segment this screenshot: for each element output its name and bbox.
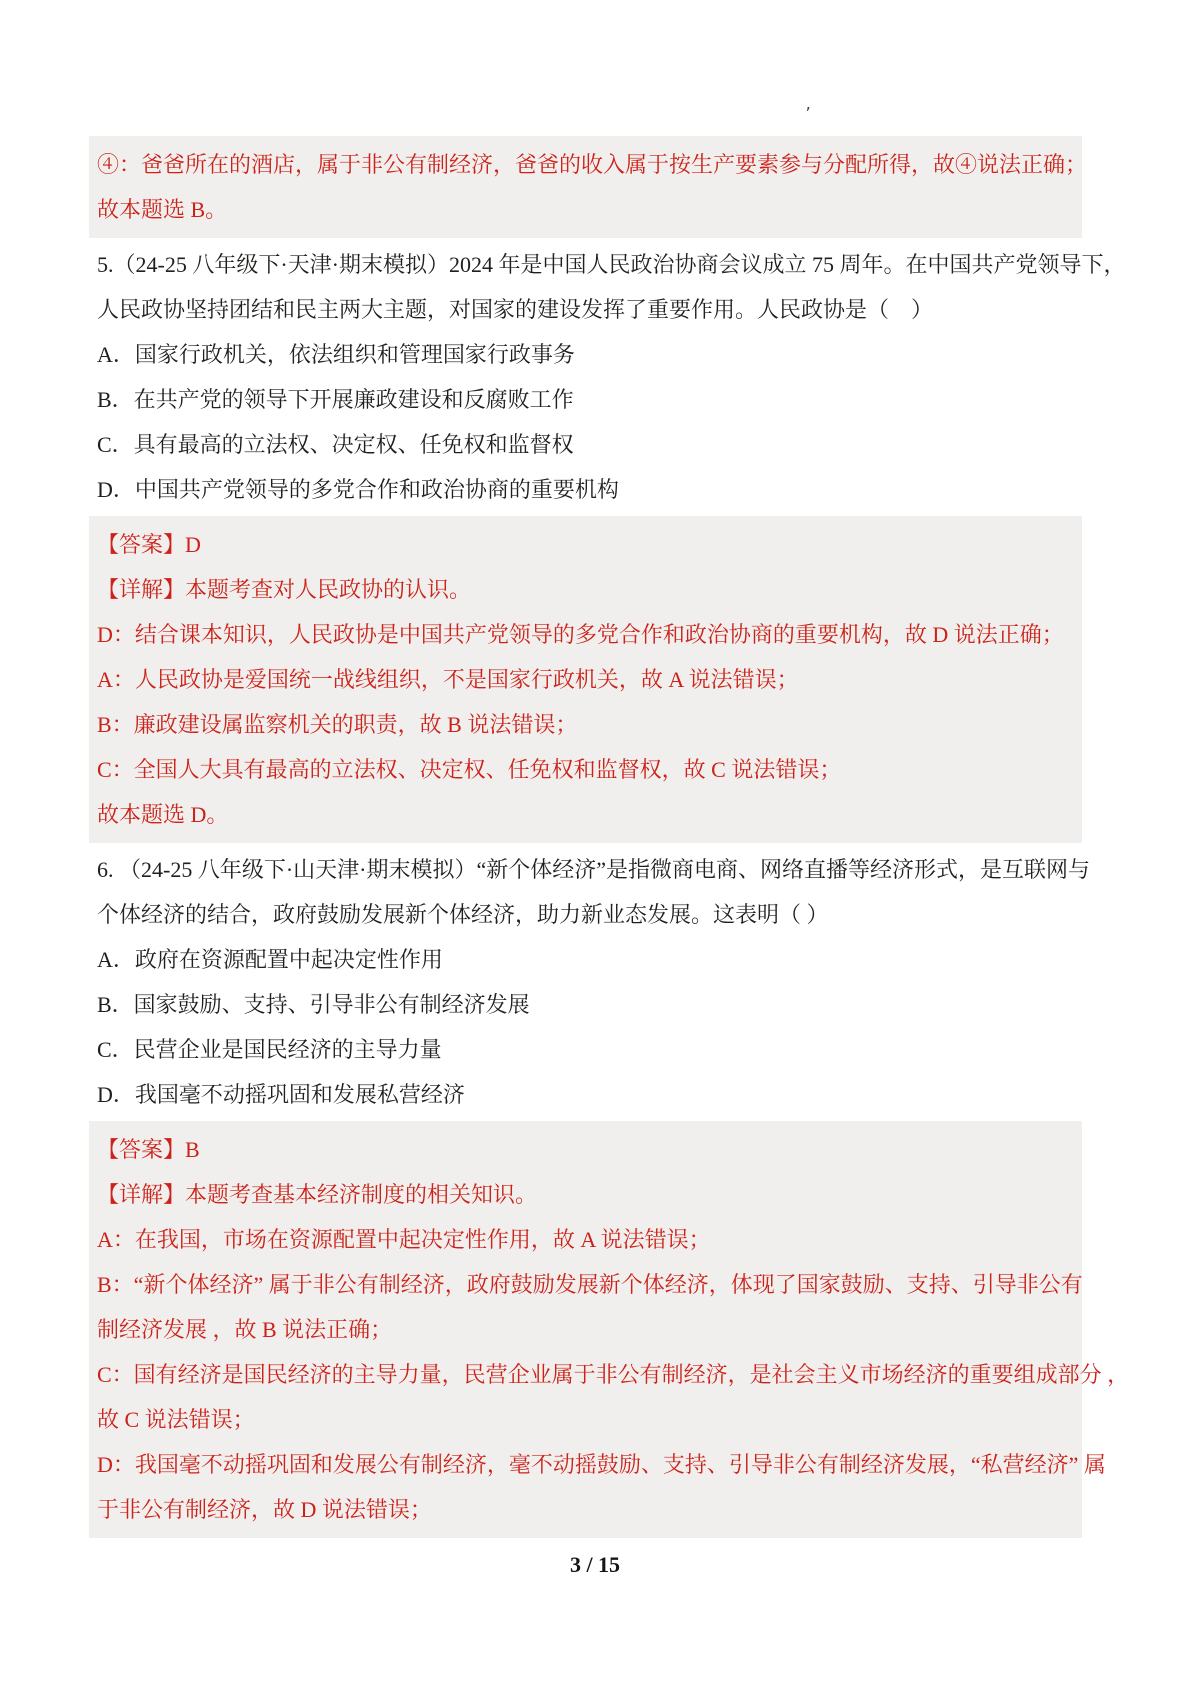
- answer-explanation-block: 【答案】B【详解】本题考查基本经济制度的相关知识。A：在我国，市场在资源配置中起…: [89, 1121, 1082, 1538]
- document-line: B：廉政建设属监察机关的职责，故 B 说法错误；: [89, 702, 1082, 747]
- document-line: 人民政协坚持团结和民主两大主题，对国家的建设发挥了重要作用。人民政协是（ ）: [89, 287, 1082, 332]
- document-page: ’ ④：爸爸所在的酒店，属于非公有制经济，爸爸的收入属于按生产要素参与分配所得，…: [0, 0, 1190, 1683]
- document-line: 【详解】本题考查对人民政协的认识。: [89, 567, 1082, 612]
- document-line: 个体经济的结合，政府鼓励发展新个体经济，助力新业态发展。这表明（ ）: [89, 892, 1082, 937]
- document-line: 于非公有制经济，故 D 说法错误；: [89, 1487, 1082, 1532]
- document-line: ④：爸爸所在的酒店，属于非公有制经济，爸爸的收入属于按生产要素参与分配所得，故④…: [89, 142, 1082, 187]
- document-line: 故 C 说法错误；: [89, 1397, 1082, 1442]
- document-line: B．国家鼓励、支持、引导非公有制经济发展: [89, 982, 1082, 1027]
- document-line: A：在我国，市场在资源配置中起决定性作用，故 A 说法错误；: [89, 1217, 1082, 1262]
- document-line: D．中国共产党领导的多党合作和政治协商的重要机构: [89, 467, 1082, 512]
- document-line: 【答案】B: [89, 1127, 1082, 1172]
- question-block: 5.（24-25 八年级下·天津·期末模拟）2024 年是中国人民政治协商会议成…: [89, 238, 1082, 516]
- page-number: 3 / 15: [0, 1552, 1190, 1578]
- document-content: ④：爸爸所在的酒店，属于非公有制经济，爸爸的收入属于按生产要素参与分配所得，故④…: [89, 136, 1082, 1538]
- document-line: 故本题选 B。: [89, 187, 1082, 232]
- document-line: C．具有最高的立法权、决定权、任免权和监督权: [89, 422, 1082, 467]
- answer-explanation-block: ④：爸爸所在的酒店，属于非公有制经济，爸爸的收入属于按生产要素参与分配所得，故④…: [89, 136, 1082, 238]
- document-line: C：全国人大具有最高的立法权、决定权、任免权和监督权，故 C 说法错误；: [89, 747, 1082, 792]
- document-line: 6. （24-25 八年级下·山天津·期末模拟）“新个体经济”是指微商电商、网络…: [89, 847, 1082, 892]
- document-line: A．政府在资源配置中起决定性作用: [89, 937, 1082, 982]
- document-line: 【答案】D: [89, 522, 1082, 567]
- document-line: 【详解】本题考查基本经济制度的相关知识。: [89, 1172, 1082, 1217]
- document-line: 制经济发展 ，故 B 说法正确；: [89, 1307, 1082, 1352]
- document-line: B：“新个体经济” 属于非公有制经济，政府鼓励发展新个体经济，体现了国家鼓励、支…: [89, 1262, 1082, 1307]
- document-line: C．民营企业是国民经济的主导力量: [89, 1027, 1082, 1072]
- document-line: D：结合课本知识，人民政协是中国共产党领导的多党合作和政治协商的重要机构，故 D…: [89, 612, 1082, 657]
- document-line: A．国家行政机关，依法组织和管理国家行政事务: [89, 332, 1082, 377]
- question-block: 6. （24-25 八年级下·山天津·期末模拟）“新个体经济”是指微商电商、网络…: [89, 843, 1082, 1121]
- document-line: A：人民政协是爱国统一战线组织，不是国家行政机关，故 A 说法错误；: [89, 657, 1082, 702]
- document-line: D：我国毫不动摇巩固和发展公有制经济，毫不动摇鼓励、支持、引导非公有制经济发展，…: [89, 1442, 1082, 1487]
- document-line: B．在共产党的领导下开展廉政建设和反腐败工作: [89, 377, 1082, 422]
- document-line: D．我国毫不动摇巩固和发展私营经济: [89, 1072, 1082, 1117]
- stray-mark: ’: [804, 106, 812, 121]
- document-line: 5.（24-25 八年级下·天津·期末模拟）2024 年是中国人民政治协商会议成…: [89, 242, 1082, 287]
- document-line: 故本题选 D。: [89, 792, 1082, 837]
- answer-explanation-block: 【答案】D【详解】本题考查对人民政协的认识。D：结合课本知识，人民政协是中国共产…: [89, 516, 1082, 843]
- document-line: C：国有经济是国民经济的主导力量，民营企业属于非公有制经济，是社会主义市场经济的…: [89, 1352, 1082, 1397]
